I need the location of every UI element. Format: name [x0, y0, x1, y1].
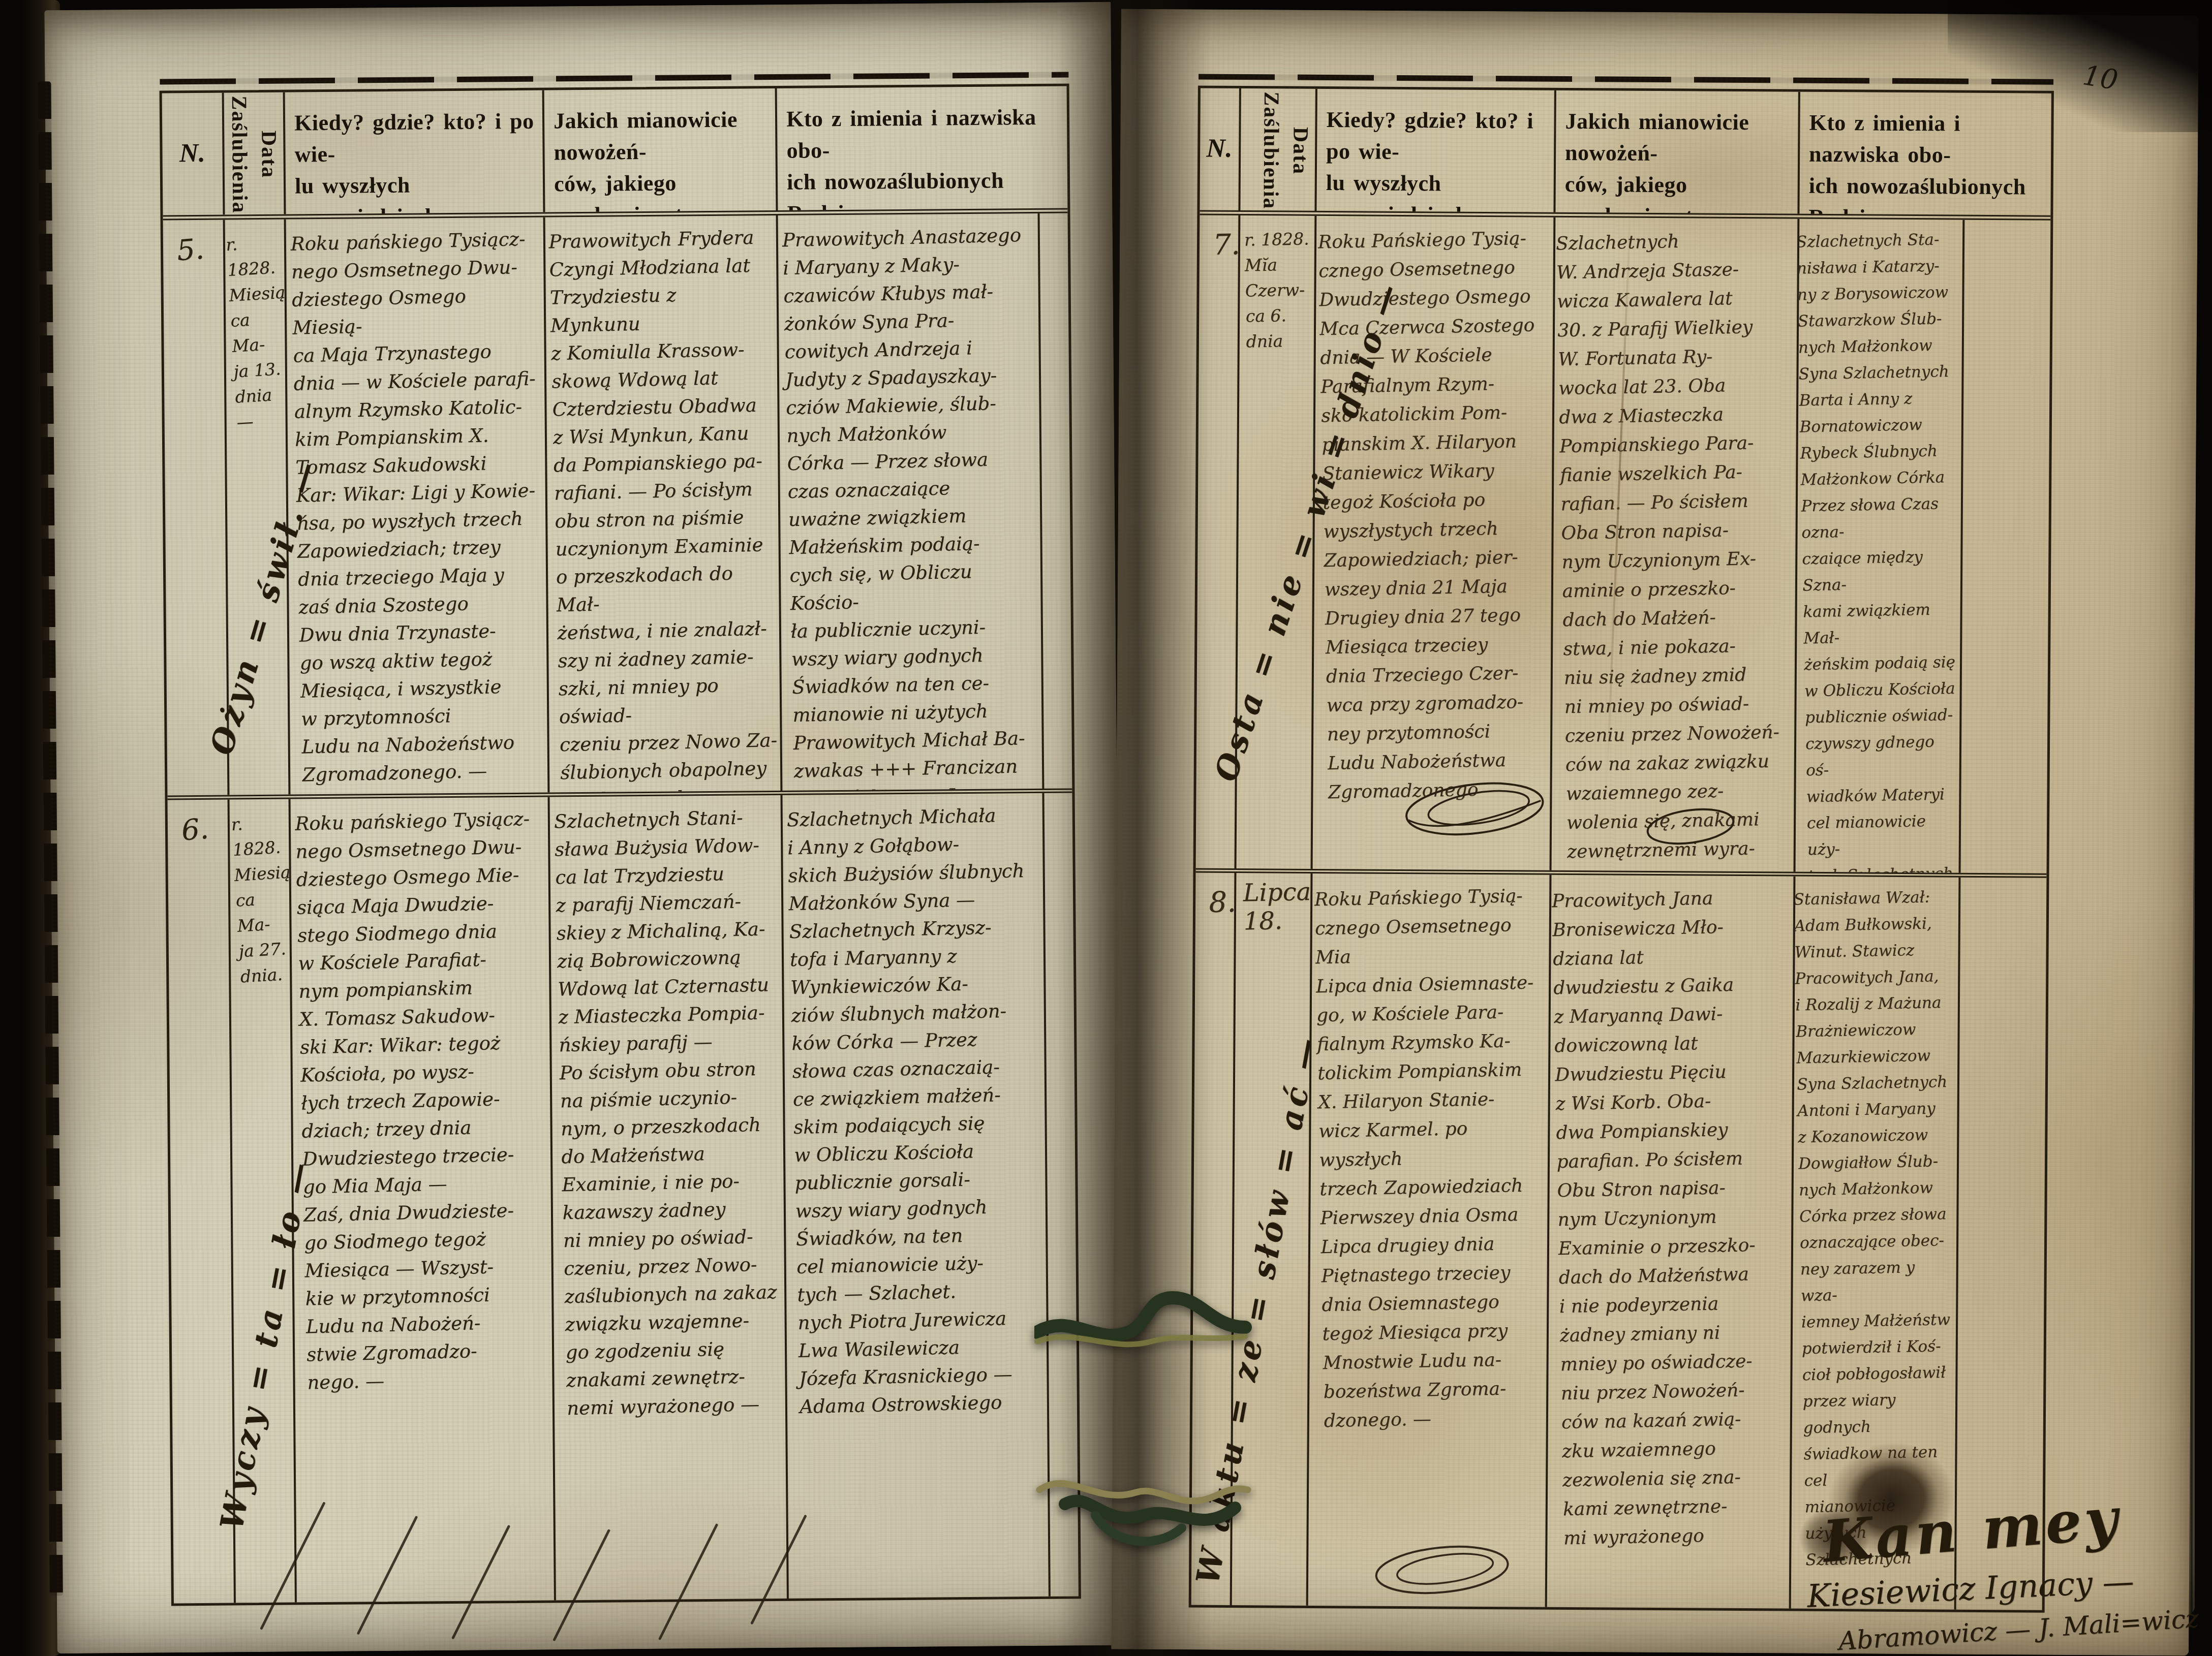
header-date-line1: Data	[1288, 127, 1312, 175]
paraph-flourish	[1398, 772, 1551, 847]
left-page: N. Data Zaślubienia Kiedy? gdzie? kto? i…	[44, 2, 1123, 1653]
record-7-witnesses-text: Szlachetnych Sta- nisława i Katarzy- ny …	[1796, 219, 1965, 873]
record-6-when-text: Roku pańskiego Tysiącz- nego Osmsetnego …	[291, 797, 556, 1397]
record-8-when-text: Roku Pańskiego Tysią- cznego Osemsetnego…	[1308, 873, 1552, 1436]
register-book-photo: N. Data Zaślubienia Kiedy? gdzie? kto? i…	[0, 0, 2212, 1656]
blank-margin-column	[1961, 220, 2051, 873]
record-5-when-text: Roku pańskiego Tysiącz- nego Osmsetnego …	[286, 217, 550, 789]
header-date-line2: Zaślubienia	[227, 96, 252, 213]
record-7-who-text: Szlachetnych W. Andrzeja Stasze- wicza K…	[1552, 217, 1800, 872]
header-date-vertical-label: Data Zaślubienia	[224, 92, 284, 215]
header-date-column: Data Zaślubienia	[1240, 88, 1317, 211]
header-who-column: Jakich mianowicie nowożeń- ców, jakiego …	[1555, 90, 1800, 214]
photo-corner-shadow	[1948, 0, 2212, 132]
record-6-date: r. 1828. Miesią- ca Ma- ja 27. dnia.	[230, 799, 295, 990]
header-number-column: N.	[1200, 88, 1241, 210]
record-6-number: 6.	[168, 799, 230, 848]
record-5-who-text: Prawowitych Frydera Czyngi Młodziana lat…	[545, 215, 783, 793]
left-header-row: N. Data Zaślubienia Kiedy? gdzie? kto? i…	[162, 86, 1068, 220]
header-who-column: Jakich mianowicie nowożeń- ców, jakiego …	[544, 88, 778, 212]
header-witnesses-column: Kto z imienia i nazwiska obo- ich nowoza…	[777, 86, 1068, 210]
record-8-date: Lipca 18.	[1236, 873, 1311, 936]
record-row-7: 7. r. 1828. Mĭa Czerw- ca 6. dnia Roku P…	[1195, 215, 2050, 878]
record-7-when-text: Roku Pańskiego Tysią- cznego Osemsetnego…	[1313, 216, 1556, 807]
record-7-number: 7.	[1199, 215, 1239, 262]
record-6-who-text: Szlachetnych Stani- sława Bużysia Wdow- …	[550, 795, 789, 1423]
record-5-number: 5.	[163, 220, 225, 269]
record-8-who-text: Pracowitych Jana Bronisewicza Mło- dzian…	[1547, 875, 1796, 1553]
header-date-line2: Zaślubienia	[1258, 91, 1282, 209]
header-date-vertical-label: Data Zaślubienia	[1240, 88, 1315, 211]
binding-thread-ties	[1034, 1251, 1253, 1556]
right-register-table: N. Data Zaślubienia Kiedy? gdzie? kto? i…	[1189, 85, 2054, 1612]
paraph-flourish	[1642, 801, 1739, 852]
blank-margin-column	[1040, 213, 1072, 788]
record-7-date: r. 1828. Mĭa Czerw- ca 6. dnia	[1239, 215, 1315, 355]
record-8-number: 8.	[1195, 872, 1235, 919]
header-number-column: N.	[162, 93, 225, 215]
right-header-row: N. Data Zaślubienia Kiedy? gdzie? kto? i…	[1200, 88, 2051, 221]
record-6-witnesses-text: Szlachetnych Michała i Anny z Gołąbow- s…	[783, 793, 1051, 1421]
header-when-column: Kiedy? gdzie? kto? i po wie- lu wyszłych…	[1316, 89, 1556, 212]
left-register-table: N. Data Zaślubienia Kiedy? gdzie? kto? i…	[160, 83, 1081, 1606]
header-when-column: Kiedy? gdzie? kto? i po wie- lu wyszłych…	[285, 90, 545, 214]
paraph-flourish	[1366, 1535, 1519, 1607]
record-5-witnesses-text: Prawowitych Anastazego i Maryany z Maky-…	[778, 213, 1044, 791]
record-5-date: r. 1828. Miesią ca Ma- ja 13. dnia —	[225, 220, 291, 436]
header-date-column: Data Zaślubienia	[224, 92, 286, 215]
header-date-line1: Data	[257, 130, 281, 178]
right-page: 10 N. Data Zaślubienia Kiedy? gdzie? kto…	[1111, 9, 2199, 1656]
